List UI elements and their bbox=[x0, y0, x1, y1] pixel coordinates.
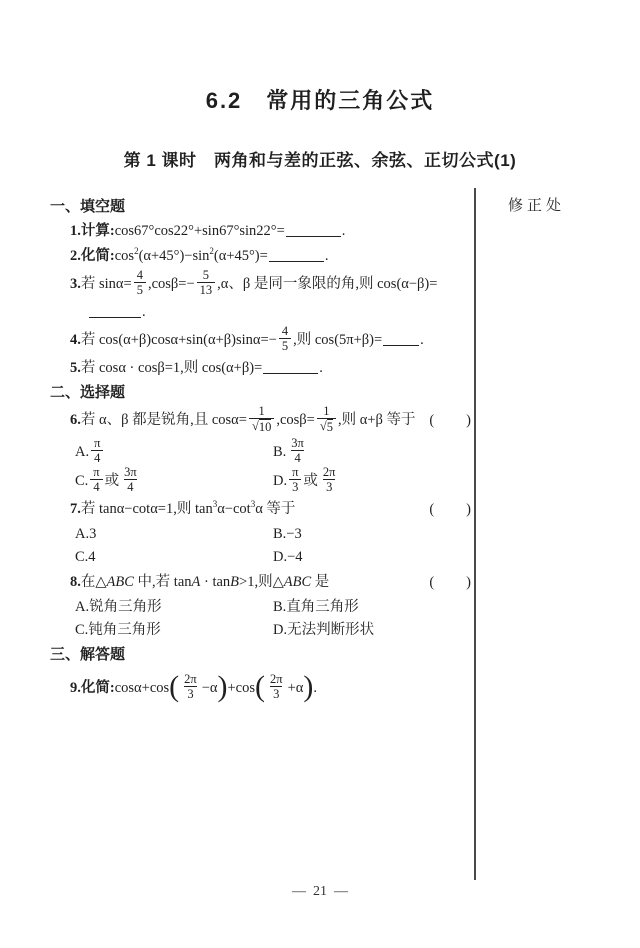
question-label: 6. bbox=[70, 412, 81, 428]
question-label: 7. bbox=[70, 501, 81, 517]
question-6-answer-bracket: ( ) bbox=[429, 410, 472, 433]
question-6-text: 6.若 α、β 都是锐角,且 cosα=1√10,cosβ=1√5,则 α+β … bbox=[70, 412, 416, 428]
math-text: +cos bbox=[228, 680, 256, 696]
fraction: π4 bbox=[90, 465, 102, 494]
fraction: 2π3 bbox=[181, 672, 200, 701]
math-text: A. bbox=[75, 444, 89, 460]
math-text: 若 α、β 都是锐角,且 cosα= bbox=[81, 412, 247, 428]
correction-margin-divider-line bbox=[474, 188, 476, 880]
question-6-option-d: D.π3或2π3 bbox=[273, 467, 478, 496]
question-3-answer-line: . bbox=[50, 301, 478, 324]
correction-area-label: 修正处 bbox=[508, 194, 565, 215]
question-7-answer-bracket: ( ) bbox=[429, 498, 472, 521]
radical-sign: √ bbox=[252, 419, 259, 434]
math-text: . bbox=[142, 304, 146, 320]
question-9: 9.化简:cosα+cos(2π3−α)+cos(2π3+α). bbox=[50, 674, 478, 703]
fraction: 1√5 bbox=[317, 404, 336, 434]
math-text: +α bbox=[288, 680, 304, 696]
fraction: 3π4 bbox=[121, 465, 140, 494]
math-text: 若 cos(α+β)cosα+sin(α+β)sinα=− bbox=[81, 332, 277, 348]
question-7-option-b: B.−3 bbox=[273, 523, 478, 546]
math-text: 若 sinα= bbox=[81, 276, 132, 292]
math-text: α−cot bbox=[217, 501, 251, 517]
question-6-options: A.π4 B.3π4 C.π4或3π4 D.π3或2π3 bbox=[50, 438, 478, 496]
math-text: 或 bbox=[105, 473, 120, 489]
math-text: ,cosβ=− bbox=[148, 276, 195, 292]
math-text: ,cosβ= bbox=[276, 412, 315, 428]
question-8-option-b: B.直角三角形 bbox=[273, 596, 478, 619]
fraction: π3 bbox=[289, 465, 301, 494]
worksheet-body: 一、填空题 1.计算:cos67°cos22°+sin67°sin22°=. 2… bbox=[0, 196, 478, 703]
question-7-text: 7.若 tanα−cotα=1,则 tan3α−cot3α 等于 bbox=[70, 501, 295, 517]
math-text: B.直角三角形 bbox=[273, 599, 359, 615]
math-text: cosα+cos bbox=[115, 680, 169, 696]
math-text: 若 tanα−cotα=1,则 tan bbox=[81, 501, 213, 517]
math-text: −α bbox=[202, 680, 218, 696]
math-text: 中,若 tan bbox=[134, 574, 192, 590]
question-7-option-c: C.4 bbox=[75, 546, 273, 569]
question-6: 6.若 α、β 都是锐角,且 cosα=1√10,cosβ=1√5,则 α+β … bbox=[50, 406, 478, 436]
fraction: 3π4 bbox=[288, 436, 307, 465]
question-7-options: A.3 B.−3 C.4 D.−4 bbox=[50, 523, 478, 569]
question-8-option-a: A.锐角三角形 bbox=[75, 596, 273, 619]
math-text: . bbox=[325, 248, 329, 264]
section-heading-solution: 三、解答题 bbox=[50, 644, 478, 666]
section-heading-fill-in-blank: 一、填空题 bbox=[50, 196, 478, 218]
math-text: B.−3 bbox=[273, 526, 302, 542]
math-text: · tan bbox=[200, 574, 230, 590]
question-label: 5. bbox=[70, 360, 81, 376]
math-text: D.无法判断形状 bbox=[273, 622, 374, 638]
answer-blank bbox=[286, 224, 341, 237]
math-text: D.−4 bbox=[273, 549, 303, 565]
question-8-option-d: D.无法判断形状 bbox=[273, 619, 478, 642]
math-text: A.3 bbox=[75, 526, 96, 542]
fraction: 45 bbox=[134, 268, 146, 297]
question-7-option-d: D.−4 bbox=[273, 546, 478, 569]
math-text: 是 bbox=[311, 574, 329, 590]
math-text: cos bbox=[115, 248, 134, 264]
fraction: 45 bbox=[279, 324, 291, 353]
math-text: B. bbox=[273, 444, 286, 460]
math-variable: ABC bbox=[284, 574, 311, 590]
question-3: 3.若 sinα=45,cosβ=−513,α、β 是同一象限的角,则 cos(… bbox=[50, 270, 478, 299]
question-7-option-a: A.3 bbox=[75, 523, 273, 546]
math-text: C.钝角三角形 bbox=[75, 622, 161, 638]
math-text: cos67°cos22°+sin67°sin22°= bbox=[115, 223, 285, 239]
math-variable: B bbox=[230, 574, 239, 590]
math-text: ,则 α+β 等于 bbox=[338, 412, 416, 428]
math-text: 在△ bbox=[81, 574, 107, 590]
question-label: 3. bbox=[70, 276, 81, 292]
math-text: . bbox=[319, 360, 323, 376]
question-4: 4.若 cos(α+β)cosα+sin(α+β)sinα=−45,则 cos(… bbox=[50, 326, 478, 355]
fraction: 1√10 bbox=[249, 404, 274, 434]
answer-blank bbox=[89, 305, 141, 318]
question-6-option-b: B.3π4 bbox=[273, 438, 478, 467]
question-7: 7.若 tanα−cotα=1,则 tan3α−cot3α 等于 ( ) bbox=[50, 498, 478, 521]
math-text: ,α、β 是同一象限的角,则 cos(α−β)= bbox=[217, 276, 437, 292]
fraction: 513 bbox=[197, 268, 216, 297]
question-1: 1.计算:cos67°cos22°+sin67°sin22°=. bbox=[50, 220, 478, 243]
math-text: D. bbox=[273, 473, 287, 489]
math-text: 或 bbox=[303, 473, 318, 489]
lesson-subtitle: 第 1 课时 两角和与差的正弦、余弦、正切公式(1) bbox=[0, 146, 640, 171]
question-6-option-c: C.π4或3π4 bbox=[75, 467, 273, 496]
section-heading-multiple-choice: 二、选择题 bbox=[50, 382, 478, 404]
page-number: — 21 — bbox=[0, 884, 640, 900]
question-8-option-c: C.钝角三角形 bbox=[75, 619, 273, 642]
question-8: 8.在△ABC 中,若 tanA · tanB>1,则△ABC 是 ( ) bbox=[50, 571, 478, 594]
question-5: 5.若 cosα · cosβ=1,则 cos(α+β)=. bbox=[50, 357, 478, 380]
question-label: 1.计算: bbox=[70, 223, 115, 239]
math-text: ,则 cos(5π+β)= bbox=[293, 332, 382, 348]
question-8-options: A.锐角三角形 B.直角三角形 C.钝角三角形 D.无法判断形状 bbox=[50, 596, 478, 642]
worksheet-page: 6.2 常用的三角公式 第 1 课时 两角和与差的正弦、余弦、正切公式(1) 一… bbox=[0, 0, 640, 948]
fraction: 2π3 bbox=[320, 465, 339, 494]
math-variable: ABC bbox=[107, 574, 134, 590]
question-label: 9.化简: bbox=[70, 680, 115, 696]
math-text: . bbox=[342, 223, 346, 239]
math-text: C.4 bbox=[75, 549, 96, 565]
radical-sign: √ bbox=[320, 419, 327, 434]
answer-blank bbox=[269, 249, 324, 262]
math-text: C. bbox=[75, 473, 88, 489]
question-label: 4. bbox=[70, 332, 81, 348]
math-text: (α+45°)−sin bbox=[139, 248, 210, 264]
question-label: 8. bbox=[70, 574, 81, 590]
math-text: 若 cosα · cosβ=1,则 cos(α+β)= bbox=[81, 360, 262, 376]
math-text: . bbox=[420, 332, 424, 348]
math-text: A.锐角三角形 bbox=[75, 599, 162, 615]
question-8-answer-bracket: ( ) bbox=[429, 571, 472, 594]
fraction: π4 bbox=[91, 436, 103, 465]
math-text: (α+45°)= bbox=[214, 248, 268, 264]
math-text: . bbox=[313, 680, 317, 696]
answer-blank bbox=[263, 361, 318, 374]
answer-blank bbox=[383, 333, 419, 346]
fraction: 2π3 bbox=[267, 672, 286, 701]
math-text: α 等于 bbox=[255, 501, 295, 517]
question-2: 2.化简:cos2(α+45°)−sin2(α+45°)=. bbox=[50, 245, 478, 268]
question-6-option-a: A.π4 bbox=[75, 438, 273, 467]
math-text: >1,则△ bbox=[239, 574, 284, 590]
question-label: 2.化简: bbox=[70, 248, 115, 264]
page-title: 6.2 常用的三角公式 bbox=[0, 0, 640, 115]
question-8-text: 8.在△ABC 中,若 tanA · tanB>1,则△ABC 是 bbox=[70, 574, 329, 590]
